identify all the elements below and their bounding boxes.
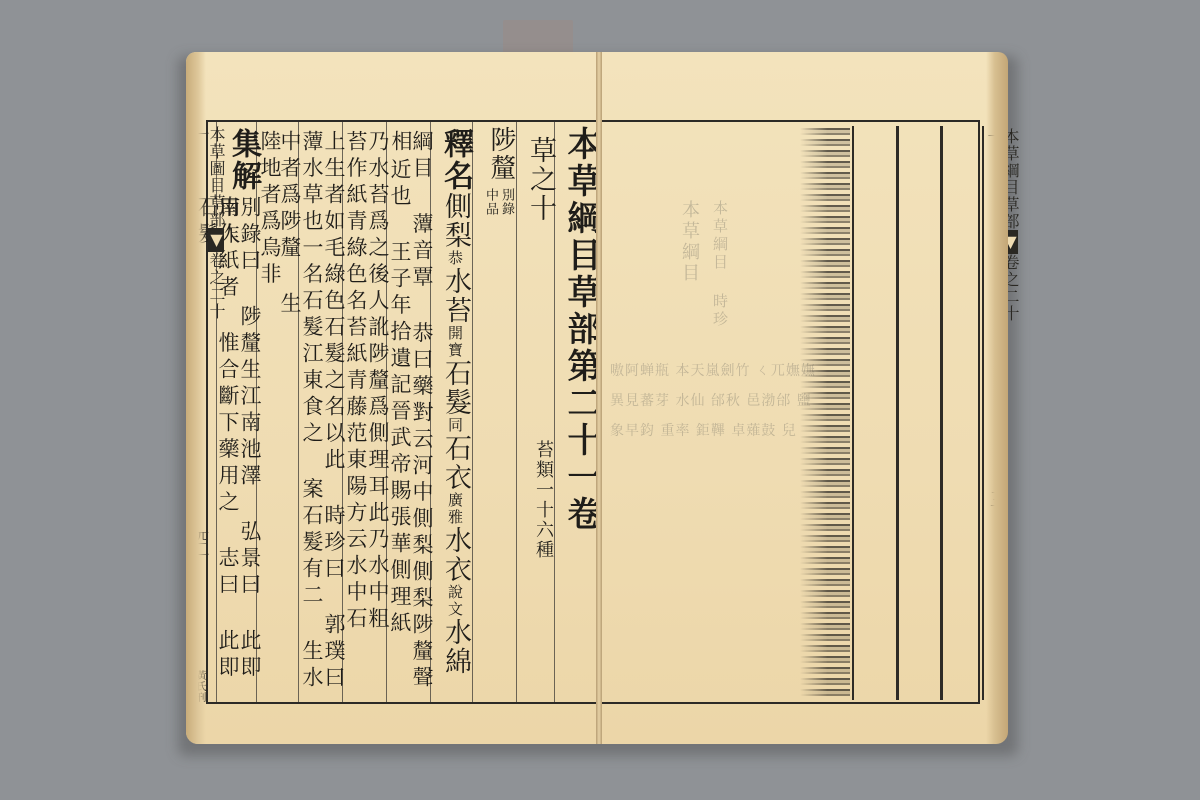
shiming-term-6: 水綿 [440, 618, 471, 676]
shiming-column: 釋名側梨恭水苔開寶石髮同石衣廣雅水衣說文水綿 [434, 128, 470, 708]
shiming-note-2: 開寶 [446, 325, 464, 359]
column-rule [516, 122, 517, 702]
right-page-rule [896, 126, 899, 700]
ink-bleed-smear [800, 128, 850, 698]
right-page-edge [986, 52, 1008, 744]
ghost-text: 本草綱目 [676, 200, 702, 320]
shiming-note-5: 說文 [446, 584, 464, 618]
shiming-term-3: 石髮 [440, 359, 471, 417]
right-page-rule [852, 126, 854, 700]
text-column-3b: 苔作紙青綠色名苔紙青藤范東陽方云水中石 [344, 130, 366, 710]
section-heading: 草之十 [520, 136, 554, 296]
column-rule [472, 122, 473, 702]
shiming-note: 恭 [446, 250, 464, 267]
entry-source-note-origin: 別錄 [499, 188, 513, 248]
text-column-2a: 綱目 藫音覃 恭曰藥對云河中側梨側梨陟釐聲相 [410, 130, 432, 710]
shiming-term-5: 水衣 [440, 526, 471, 584]
shiming-note-4: 廣雅 [446, 492, 464, 526]
entry-source-note-grade: 中品 [483, 188, 497, 248]
shiming-note-3: 同 [446, 417, 464, 434]
shiming-term-4: 石衣 [440, 434, 471, 492]
text-column-6a: 別錄曰 陟釐生江南池澤 弘景曰 此即南人 [238, 196, 260, 696]
right-page-rule [982, 126, 984, 700]
text-column-4b: 藫水草也一名石髮江東食之 案石髮有二 生水 [300, 130, 322, 710]
chapter-title: 本草綱目草部第二十一卷 [560, 126, 598, 706]
jijie-label: 集解 [226, 128, 258, 198]
shiming-label: 釋名 [438, 128, 473, 192]
left-page-edge [186, 52, 206, 744]
category-note: 苔類一十六種 [526, 440, 552, 600]
shiming-term: 側梨 [440, 192, 471, 250]
ghost-text: 本草綱目 時珍 [710, 200, 731, 340]
text-column-4a: 上生者如毛綠色石髮之名以此 時珍曰 郭璞曰 [322, 130, 344, 710]
text-column-2b: 近也 王子年拾遺記晉武帝賜張華側理紙 [388, 158, 410, 738]
ghost-text: 象早鈞 重率 鉅鞸 卓薙鼓 兒 [610, 420, 797, 720]
book-gutter [596, 52, 602, 744]
shiming-term-2: 水苔 [440, 267, 471, 325]
fishtail-mark: ▼ [208, 228, 224, 252]
right-page-rule [940, 126, 943, 700]
text-column-3a: 乃水苔爲之後人訛陟釐爲側理耳此乃水中粗 [366, 130, 388, 710]
